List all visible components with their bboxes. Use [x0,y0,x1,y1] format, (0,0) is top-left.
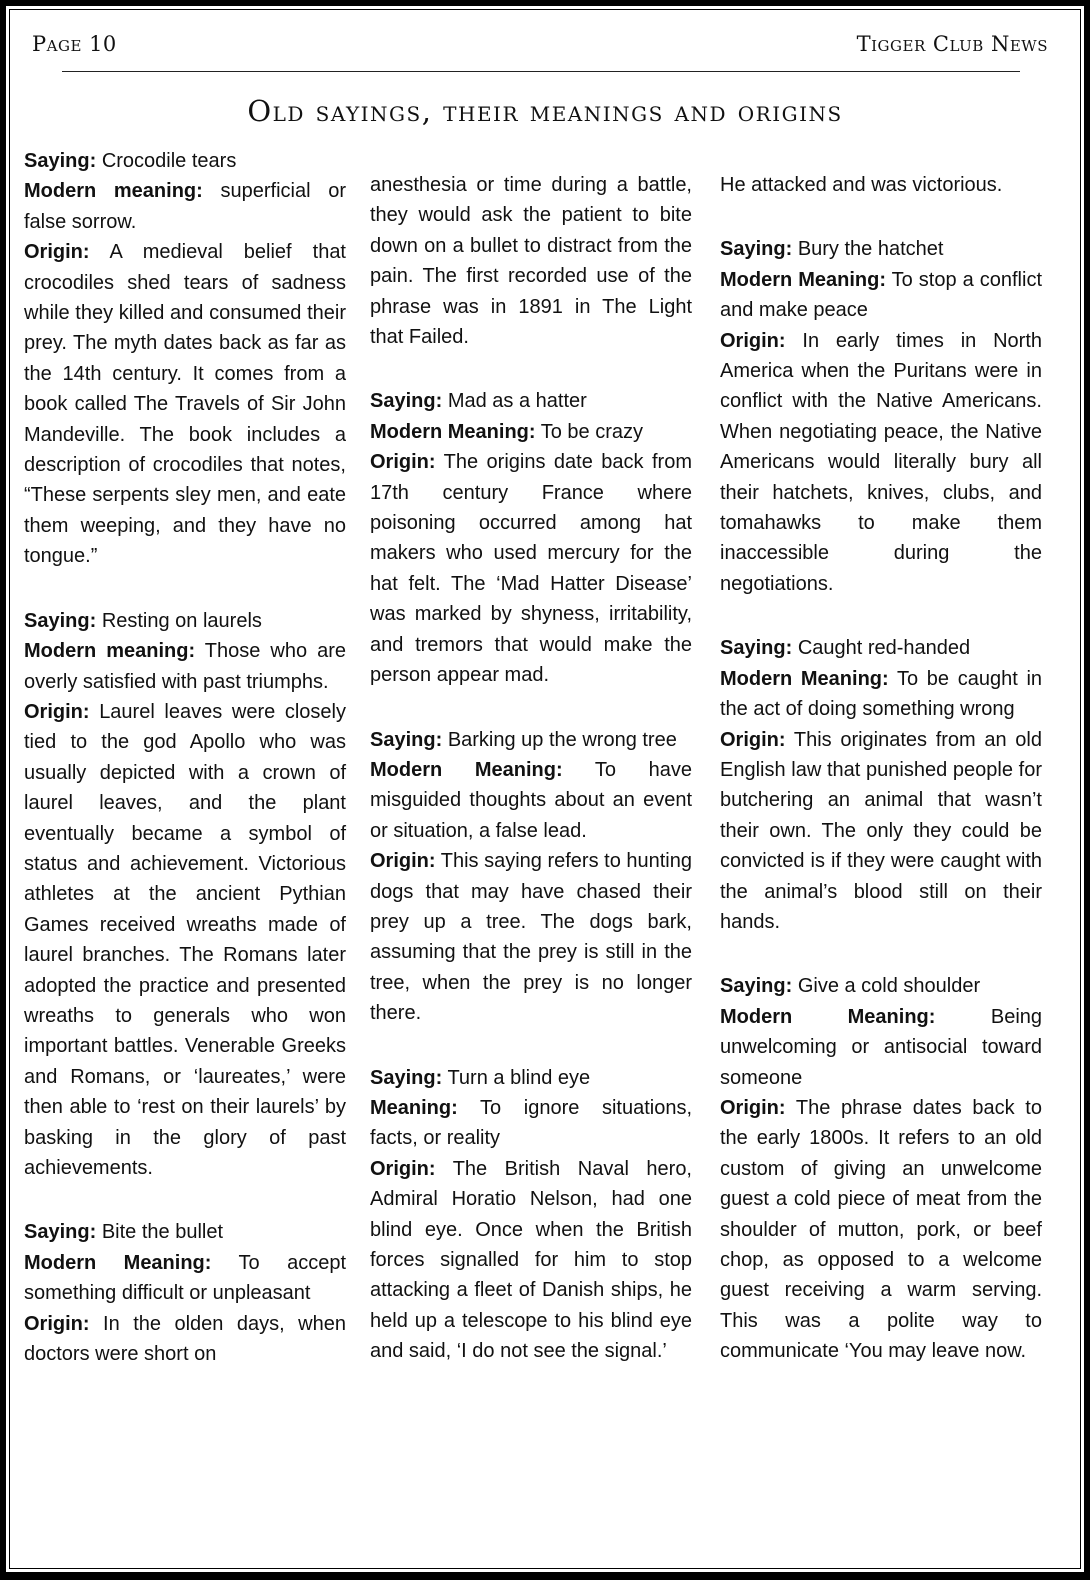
origin-text: The origins date back from 17th century … [370,451,692,686]
meaning-label: Modern Meaning: [370,759,563,781]
column-2: anesthesia or time during a battle, they… [370,150,692,1367]
saying-entry-turn-a-blind-eye: Saying: Turn a blind eye Meaning: To ign… [370,1063,692,1367]
newsletter-name: Tigger Club News [857,32,1048,56]
saying-label: Saying: [370,729,442,751]
saying-text: Turn a blind eye [447,1067,590,1089]
meaning-label: Modern meaning: [24,640,195,662]
origin-text: This originates from an old English law … [720,729,1042,933]
saying-entry-resting-on-laurels: Saying: Resting on laurels Modern meanin… [24,606,346,1184]
meaning-label: Modern Meaning: [24,1252,211,1274]
saying-line: Saying: Barking up the wrong tree [370,725,692,755]
origin-continuation: He attacked and was victorious. [720,170,1042,200]
saying-entry-bury-the-hatchet: Saying: Bury the hatchet Modern Meaning:… [720,234,1042,599]
meaning-line: Modern Meaning: Being unwelcoming or ant… [720,1002,1042,1093]
saying-line: Saying: Give a cold shoulder [720,971,1042,1001]
saying-text: Resting on laurels [102,610,262,632]
saying-text: Give a cold shoulder [798,975,980,997]
origin-text: A medieval belief that crocodiles shed t… [24,241,346,567]
saying-entry-barking-up-the-wrong-tree: Saying: Barking up the wrong tree Modern… [370,725,692,1029]
saying-entry-mad-as-a-hatter: Saying: Mad as a hatter Modern Meaning: … [370,386,692,690]
origin-text: The phrase dates back to the early 1800s… [720,1097,1042,1362]
origin-line: Origin: The British Naval hero, Admiral … [370,1154,692,1367]
meaning-label: Modern Meaning: [720,1006,935,1028]
saying-label: Saying: [370,1067,442,1089]
meaning-line: Modern Meaning: To have misguided though… [370,755,692,846]
origin-text: This saying refers to hunting dogs that … [370,850,692,1024]
saying-line: Saying: Turn a blind eye [370,1063,692,1093]
origin-label: Origin: [370,850,436,872]
origin-text: In early times in North America when the… [720,330,1042,595]
meaning-line: Modern Meaning: To stop a conflict and m… [720,265,1042,326]
saying-line: Saying: Resting on laurels [24,606,346,636]
saying-text: Barking up the wrong tree [448,729,677,751]
origin-label: Origin: [720,1097,786,1119]
saying-text: Bury the hatchet [798,238,944,260]
saying-text: Mad as a hatter [448,390,587,412]
saying-label: Saying: [720,975,792,997]
origin-continuation: anesthesia or time during a battle, they… [370,170,692,352]
saying-entry-bite-the-bullet: Saying: Bite the bullet Modern Meaning: … [24,1217,346,1369]
column-3: He attacked and was victorious. Saying: … [720,150,1042,1367]
meaning-label: Modern Meaning: [720,668,889,690]
saying-line: Saying: Mad as a hatter [370,386,692,416]
page-border: Page 10 Tigger Club News Old sayings, th… [0,0,1090,1580]
saying-text: Caught red-handed [798,637,970,659]
origin-line: Origin: The phrase dates back to the ear… [720,1093,1042,1367]
saying-text: Bite the bullet [102,1221,223,1243]
column-1: Saying: Crocodile tears Modern meaning: … [24,146,346,1369]
saying-line: Saying: Crocodile tears [24,146,346,176]
saying-line: Saying: Bury the hatchet [720,234,1042,264]
meaning-label: Modern Meaning: [370,421,536,443]
saying-label: Saying: [720,238,792,260]
origin-label: Origin: [24,241,90,263]
saying-line: Saying: Caught red-handed [720,633,1042,663]
saying-label: Saying: [720,637,792,659]
saying-entry-caught-red-handed: Saying: Caught red-handed Modern Meaning… [720,633,1042,937]
origin-label: Origin: [720,729,786,751]
saying-entry-crocodile-tears: Saying: Crocodile tears Modern meaning: … [24,146,346,572]
page-number: Page 10 [32,32,117,56]
origin-label: Origin: [24,701,90,723]
article-title: Old sayings, their meanings and origins [6,94,1084,128]
origin-line: Origin: The origins date back from 17th … [370,447,692,690]
saying-text: Crocodile tears [102,150,237,172]
header-divider [62,71,1020,72]
meaning-line: Modern Meaning: To be caught in the act … [720,664,1042,725]
meaning-label: Modern Meaning: [720,269,886,291]
meaning-text: To be crazy [541,421,643,443]
origin-text: The British Naval hero, Admiral Horatio … [370,1158,692,1362]
meaning-line: Modern meaning: Those who are overly sat… [24,636,346,697]
origin-line: Origin: Laurel leaves were closely tied … [24,697,346,1184]
meaning-line: Meaning: To ignore situations, facts, or… [370,1093,692,1154]
origin-line: Origin: This originates from an old Engl… [720,725,1042,938]
meaning-line: Modern Meaning: To be crazy [370,417,692,447]
saying-label: Saying: [24,610,96,632]
saying-label: Saying: [370,390,442,412]
meaning-label: Meaning: [370,1097,458,1119]
saying-line: Saying: Bite the bullet [24,1217,346,1247]
saying-label: Saying: [24,1221,96,1243]
saying-entry-give-a-cold-shoulder: Saying: Give a cold shoulder Modern Mean… [720,971,1042,1366]
page: Page 10 Tigger Club News Old sayings, th… [6,6,1084,1572]
origin-line: Origin: In the olden days, when doctors … [24,1309,346,1370]
origin-line: Origin: A medieval belief that crocodile… [24,237,346,571]
origin-label: Origin: [720,330,786,352]
meaning-line: Modern Meaning: To accept something diff… [24,1248,346,1309]
origin-line: Origin: In early times in North America … [720,326,1042,600]
meaning-label: Modern meaning: [24,180,203,202]
running-header: Page 10 Tigger Club News [32,32,1048,60]
origin-label: Origin: [370,1158,436,1180]
origin-line: Origin: This saying refers to hunting do… [370,846,692,1028]
origin-label: Origin: [24,1313,90,1335]
saying-label: Saying: [24,150,96,172]
origin-text: Laurel leaves were closely tied to the g… [24,701,346,1179]
origin-label: Origin: [370,451,436,473]
meaning-line: Modern meaning: superficial or false sor… [24,176,346,237]
